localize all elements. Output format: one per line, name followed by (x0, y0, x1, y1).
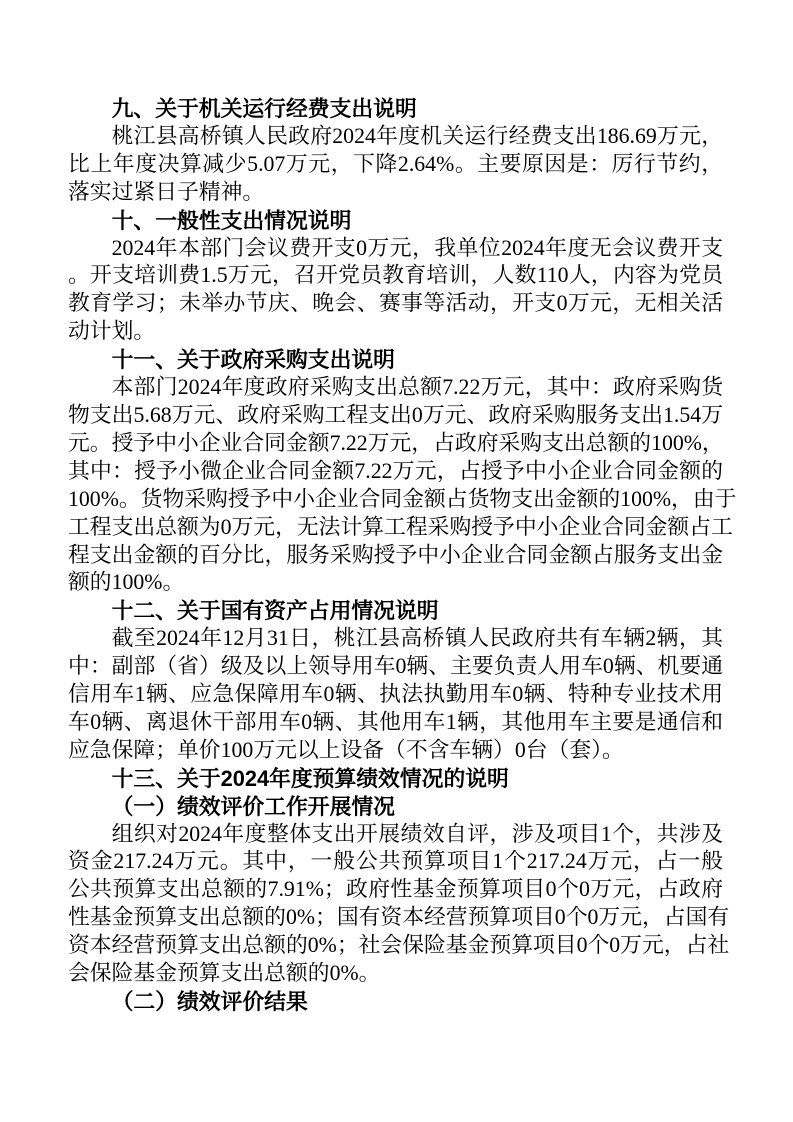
text-line: 信用车1辆、应急保障用车0辆、执法执勤用车0辆、特种专业技术用 (68, 681, 723, 709)
text-line: 性基金预算支出总额的0%；国有资本经营预算项目0个0万元，占国有 (68, 904, 723, 932)
paragraph: 本部门2024年度政府采购支出总额7.22万元，其中：政府采购货物支出5.68万… (68, 374, 723, 597)
text-line: 元。授予中小企业合同金额7.22万元，占政府采购支出总额的100%， (68, 430, 723, 458)
text-line: 教育学习；未举办节庆、晚会、赛事等活动，开支0万元，无相关活 (68, 290, 723, 318)
paragraph: 组织对2024年度整体支出开展绩效自评，涉及项目1个，共涉及资金217.24万元… (68, 821, 723, 988)
section-heading: 十二、关于国有资产占用情况说明 (68, 597, 723, 625)
text-line: 中：副部（省）级及以上领导用车0辆、主要负责人用车0辆、机要通 (68, 653, 723, 681)
paragraph: 2024年本部门会议费开支0万元，我单位2024年度无会议费开支。开支培训费1.… (68, 235, 723, 347)
text-line: 公共预算支出总额的7.91%；政府性基金预算项目0个0万元，占政府 (68, 876, 723, 904)
text-line: 桃江县高桥镇人民政府2024年度机关运行经费支出186.69万元， (68, 123, 723, 151)
text-line: 比上年度决算减少5.07万元，下降2.64%。主要原因是：厉行节约， (68, 151, 723, 179)
text-line: 会保险基金预算支出总额的0%。 (68, 960, 723, 988)
text-line: 资本经营预算支出总额的0%；社会保险基金预算项目0个0万元，占社 (68, 932, 723, 960)
paragraph: 桃江县高桥镇人民政府2024年度机关运行经费支出186.69万元，比上年度决算减… (68, 123, 723, 207)
text-line: 工程支出总额为0万元，无法计算工程采购授予中小企业合同金额占工 (68, 514, 723, 542)
text-line: 截至2024年12月31日，桃江县高桥镇人民政府共有车辆2辆，其 (68, 625, 723, 653)
text-line: 动计划。 (68, 318, 723, 346)
section-heading: （一）绩效评价工作开展情况 (68, 793, 723, 821)
text-line: 100%。货物采购授予中小企业合同金额占货物支出金额的100%，由于 (68, 486, 723, 514)
document-content: 九、关于机关运行经费支出说明桃江县高桥镇人民政府2024年度机关运行经费支出18… (68, 95, 723, 1016)
section-heading: 十三、关于2024年度预算绩效情况的说明 (68, 765, 723, 793)
text-line: 其中：授予小微企业合同金额7.22万元，占授予中小企业合同金额的 (68, 458, 723, 486)
section-heading: 十、一般性支出情况说明 (68, 207, 723, 235)
text-line: 应急保障；单价100万元以上设备（不含车辆）0台（套）。 (68, 737, 723, 765)
text-line: 组织对2024年度整体支出开展绩效自评，涉及项目1个，共涉及 (68, 821, 723, 849)
text-line: 。开支培训费1.5万元，召开党员教育培训，人数110人，内容为党员 (68, 262, 723, 290)
text-line: 2024年本部门会议费开支0万元，我单位2024年度无会议费开支 (68, 235, 723, 263)
paragraph: 截至2024年12月31日，桃江县高桥镇人民政府共有车辆2辆，其中：副部（省）级… (68, 625, 723, 765)
text-line: 物支出5.68万元、政府采购工程支出0万元、政府采购服务支出1.54万 (68, 402, 723, 430)
text-line: 程支出金额的百分比，服务采购授予中小企业合同金额占服务支出金 (68, 542, 723, 570)
text-line: 资金217.24万元。其中，一般公共预算项目1个217.24万元，占一般 (68, 848, 723, 876)
section-heading: （二）绩效评价结果 (68, 988, 723, 1016)
text-line: 本部门2024年度政府采购支出总额7.22万元，其中：政府采购货 (68, 374, 723, 402)
text-line: 落实过紧日子精神。 (68, 179, 723, 207)
document-page: 九、关于机关运行经费支出说明桃江县高桥镇人民政府2024年度机关运行经费支出18… (0, 0, 793, 1122)
section-heading: 十一、关于政府采购支出说明 (68, 346, 723, 374)
section-heading: 九、关于机关运行经费支出说明 (68, 95, 723, 123)
text-line: 额的100%。 (68, 569, 723, 597)
text-line: 车0辆、离退休干部用车0辆、其他用车1辆，其他用车主要是通信和 (68, 709, 723, 737)
